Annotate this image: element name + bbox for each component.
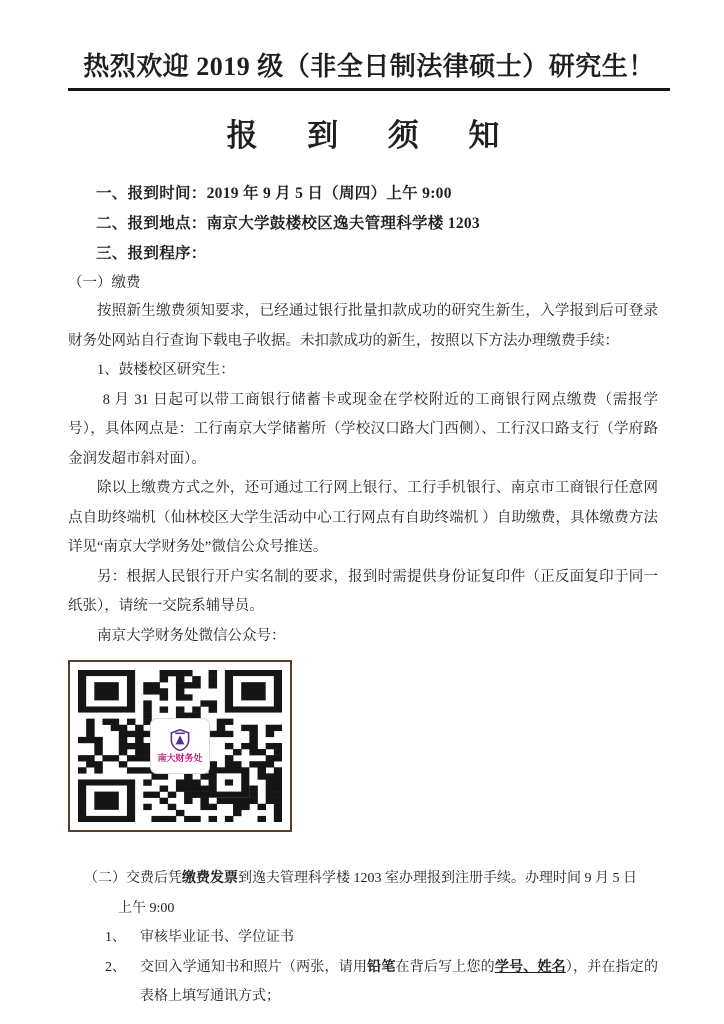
- paragraph-self-service: 除以上缴费方式之外，还可通过工行网上银行、工行手机银行、南京市工商银行任意网点自…: [68, 474, 658, 563]
- info-list: 一、报到时间：2019 年 9 月 5 日（周四）上午 9:00 二、报到地点：…: [96, 179, 658, 269]
- welcome-banner: 热烈欢迎 2019 级（非全日制法律硕士）研究生！: [68, 52, 670, 91]
- step-text-1: 审核毕业证书、学位证书: [140, 923, 658, 953]
- registration-time-line: 上午 9:00: [68, 894, 658, 924]
- student-id-name-bold-underline: 学号、姓名: [495, 960, 566, 975]
- document-page: 热烈欢迎 2019 级（非全日制法律硕士）研究生！ 报到须知 一、报到时间：20…: [0, 0, 724, 1024]
- welcome-title: 热烈欢迎 2019 级（非全日制法律硕士）研究生！: [68, 52, 670, 82]
- document-content: 热烈欢迎 2019 级（非全日制法律硕士）研究生！ 报到须知 一、报到时间：20…: [68, 52, 658, 1012]
- report-procedure-item: 三、报到程序：: [96, 239, 658, 269]
- notice-title: 报到须知: [68, 118, 658, 154]
- registration-line: （二）交费后凭缴费发票到逸夫管理科学楼 1203 室办理报到注册手续。办理时间 …: [68, 864, 658, 894]
- step-number-2: 2、: [105, 953, 140, 983]
- nju-shield-icon: [170, 729, 190, 751]
- section-payment: （一）缴费 按照新生缴费须知要求，已经通过银行批量扣款成功的研究生新生，入学报到…: [68, 269, 658, 832]
- section-registration: （二）交费后凭缴费发票到逸夫管理科学楼 1203 室办理报到注册手续。办理时间 …: [68, 864, 658, 1012]
- step-text-2: 交回入学通知书和照片（两张，请用铅笔在背后写上您的学号、姓名），并在指定的表格上…: [140, 953, 658, 1012]
- qr-caption: 南京大学财务处微信公众号：: [68, 622, 658, 652]
- step2-pre: 交回入学通知书和照片（两张，请用: [140, 960, 367, 975]
- report-time-item: 一、报到时间：2019 年 9 月 5 日（周四）上午 9:00: [96, 179, 658, 209]
- sub-heading-gulou: 1、鼓楼校区研究生：: [68, 356, 658, 386]
- paragraph-icbc-outlets: 8 月 31 日起可以带工商银行储蓄卡或现金在学校附近的工商银行网点缴费（需报学…: [68, 386, 658, 475]
- qr-logo-label: 南大财务处: [157, 753, 202, 763]
- pencil-bold-text: 铅笔: [367, 960, 395, 975]
- step2-mid: 在背后写上您的: [396, 960, 495, 975]
- registration-line-pre: （二）交费后凭: [84, 871, 182, 886]
- paragraph-batch-deduction: 按照新生缴费须知要求，已经通过银行批量扣款成功的研究生新生，入学报到后可登录财务…: [68, 297, 658, 356]
- qr-center-logo: 南大财务处: [150, 718, 210, 774]
- step-item-2: 2、 交回入学通知书和照片（两张，请用铅笔在背后写上您的学号、姓名），并在指定的…: [105, 953, 658, 1012]
- registration-line-post: 到逸夫管理科学楼 1203 室办理报到注册手续。办理时间 9 月 5 日: [238, 871, 637, 886]
- paragraph-id-copy: 另：根据人民银行开户实名制的要求，报到时需提供身份证复印件（正反面复印于同一纸张…: [68, 563, 658, 622]
- step-item-1: 1、 审核毕业证书、学位证书: [105, 923, 658, 953]
- section-payment-heading: （一）缴费: [68, 269, 658, 297]
- invoice-bold-text: 缴费发票: [182, 871, 238, 886]
- report-place-item: 二、报到地点：南京大学鼓楼校区逸夫管理科学楼 1203: [96, 209, 658, 239]
- step-number-1: 1、: [105, 923, 140, 953]
- qr-code: 南大财务处: [68, 660, 292, 832]
